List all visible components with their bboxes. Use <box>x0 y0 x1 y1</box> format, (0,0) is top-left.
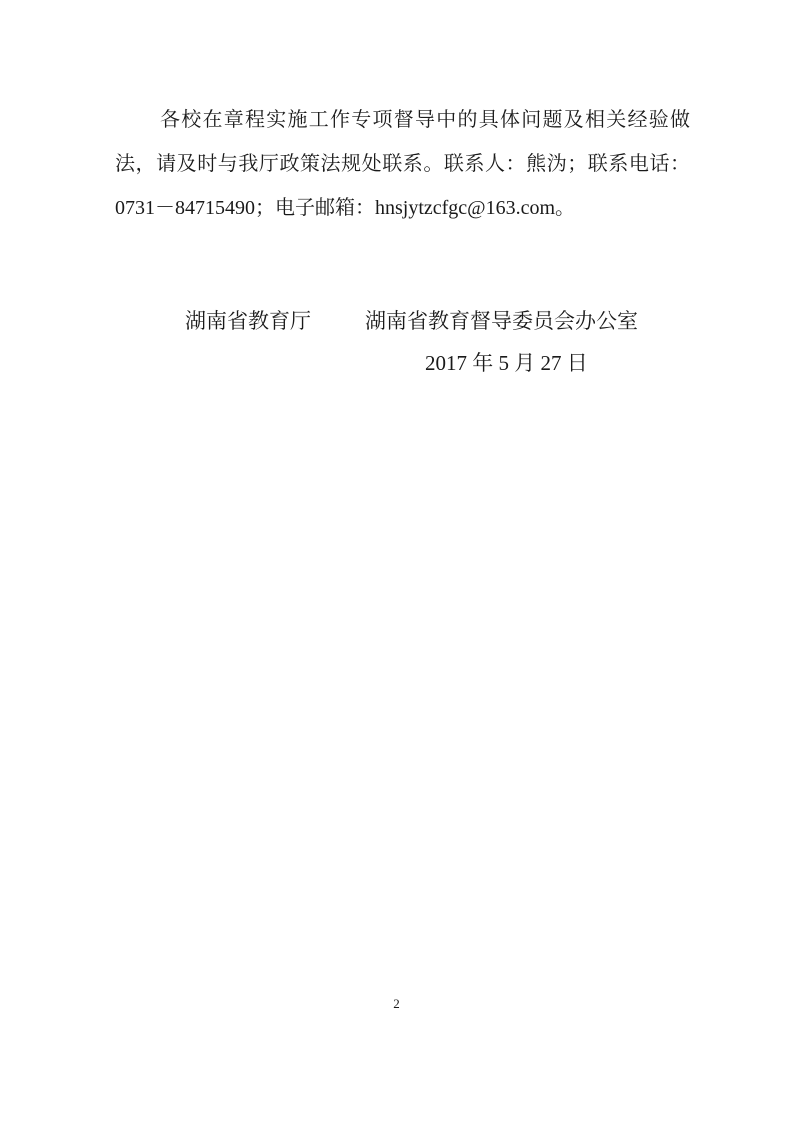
document-page: 各校在章程实施工作专项督导中的具体问题及相关经验做 法，请及时与我厅政策法规处联… <box>0 0 793 1122</box>
signature-org-right: 湖南省教育督导委员会办公室 <box>365 309 638 333</box>
signature-date: 2017 年 5 月 27 日 <box>425 351 588 375</box>
paragraph-line-2: 法，请及时与我厅政策法规处联系。联系人：熊沩；联系电话： <box>115 142 690 186</box>
body-paragraph: 各校在章程实施工作专项督导中的具体问题及相关经验做 法，请及时与我厅政策法规处联… <box>115 98 690 230</box>
signature-org-left: 湖南省教育厅 <box>185 309 311 333</box>
page-number: 2 <box>0 996 793 1012</box>
paragraph-line-1: 各校在章程实施工作专项督导中的具体问题及相关经验做 <box>115 98 690 142</box>
paragraph-line-3: 0731－84715490；电子邮箱：hnsjytzcfgc@163.com。 <box>115 186 690 230</box>
